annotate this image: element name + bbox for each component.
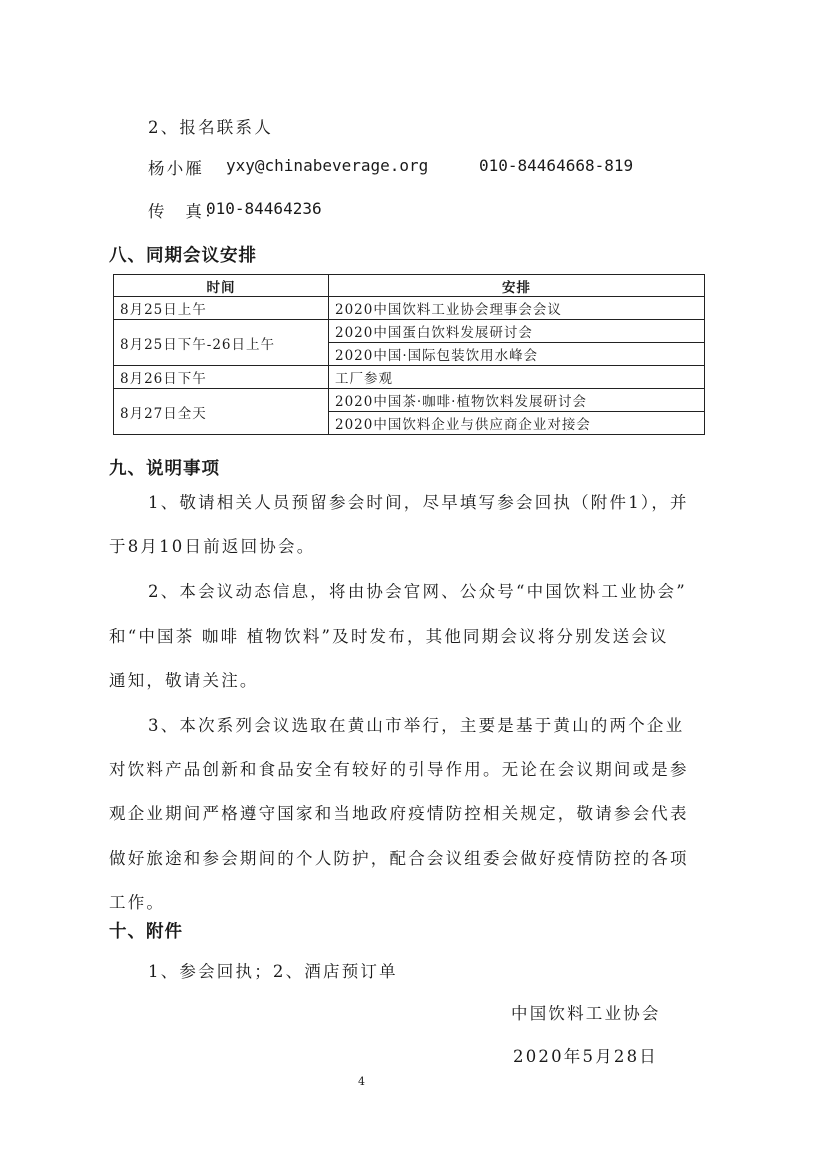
table-row: 8月25日下午-26日上午 2020中国蛋白饮料发展研讨会: [114, 320, 705, 343]
note-line: 做好旅途和参会期间的个人防护，配合会议组委会做好疫情防控的各项: [109, 845, 689, 869]
attachments-line: 1、参会回执；2、酒店预订单: [148, 958, 398, 982]
time-cell: 8月26日下午: [114, 366, 329, 389]
contact-email[interactable]: yxy@chinabeverage.org: [226, 156, 428, 175]
table-row: 8月26日下午 工厂参观: [114, 366, 705, 389]
note-line: 观企业期间严格遵守国家和当地政府疫情防控相关规定，敬请参会代表: [109, 800, 689, 824]
header-arrangement: 安排: [329, 275, 705, 297]
note-line: 和“中国茶 咖啡 植物饮料”及时发布，其他同期会议将分别发送会议: [109, 623, 669, 647]
arrangement-cell: 2020中国蛋白饮料发展研讨会: [329, 320, 705, 343]
note-line: 工作。: [109, 889, 165, 913]
note-line: 对饮料产品创新和食品安全有较好的引导作用。无论在会议期间或是参: [109, 756, 689, 780]
signature-org: 中国饮料工业协会: [511, 1000, 661, 1024]
section-8-title: 八、同期会议安排: [109, 242, 257, 267]
note-line: 2、本会议动态信息，将由协会官网、公众号“中国饮料工业协会”: [148, 578, 687, 602]
note-line: 1、敬请相关人员预留参会时间，尽早填写参会回执（附件1），并: [148, 489, 689, 513]
page-number: 4: [358, 1075, 365, 1088]
schedule-table: 时间 安排 8月25日上午 2020中国饮料工业协会理事会会议 8月25日下午-…: [113, 274, 705, 435]
signature-date: 2020年5月28日: [513, 1043, 658, 1067]
time-cell: 8月27日全天: [114, 389, 329, 435]
section-9-title: 九、说明事项: [109, 455, 220, 480]
arrangement-cell: 2020中国饮料工业协会理事会会议: [329, 297, 705, 320]
contact-phone: 010-84464668-819: [479, 156, 633, 175]
note-line: 通知，敬请关注。: [109, 667, 259, 691]
table-row: 8月25日上午 2020中国饮料工业协会理事会会议: [114, 297, 705, 320]
section-10-title: 十、附件: [109, 918, 183, 943]
arrangement-cell: 工厂参观: [329, 366, 705, 389]
arrangement-cell: 2020中国·国际包装饮用水峰会: [329, 343, 705, 366]
contact-name: 杨小雁: [148, 155, 204, 179]
contact-heading: 2、报名联系人: [148, 114, 273, 138]
table-header-row: 时间 安排: [114, 275, 705, 297]
arrangement-cell: 2020中国饮料企业与供应商企业对接会: [329, 412, 705, 435]
note-line: 3、本次系列会议选取在黄山市举行，主要是基于黄山的两个企业: [148, 712, 684, 736]
arrangement-cell: 2020中国茶·咖啡·植物饮料发展研讨会: [329, 389, 705, 412]
time-cell: 8月25日下午-26日上午: [114, 320, 329, 366]
time-cell: 8月25日上午: [114, 297, 329, 320]
note-line: 于8月10日前返回协会。: [109, 533, 315, 557]
header-time: 时间: [114, 275, 329, 297]
table-row: 8月27日全天 2020中国茶·咖啡·植物饮料发展研讨会: [114, 389, 705, 412]
fax-number: 010-84464236: [206, 199, 322, 218]
